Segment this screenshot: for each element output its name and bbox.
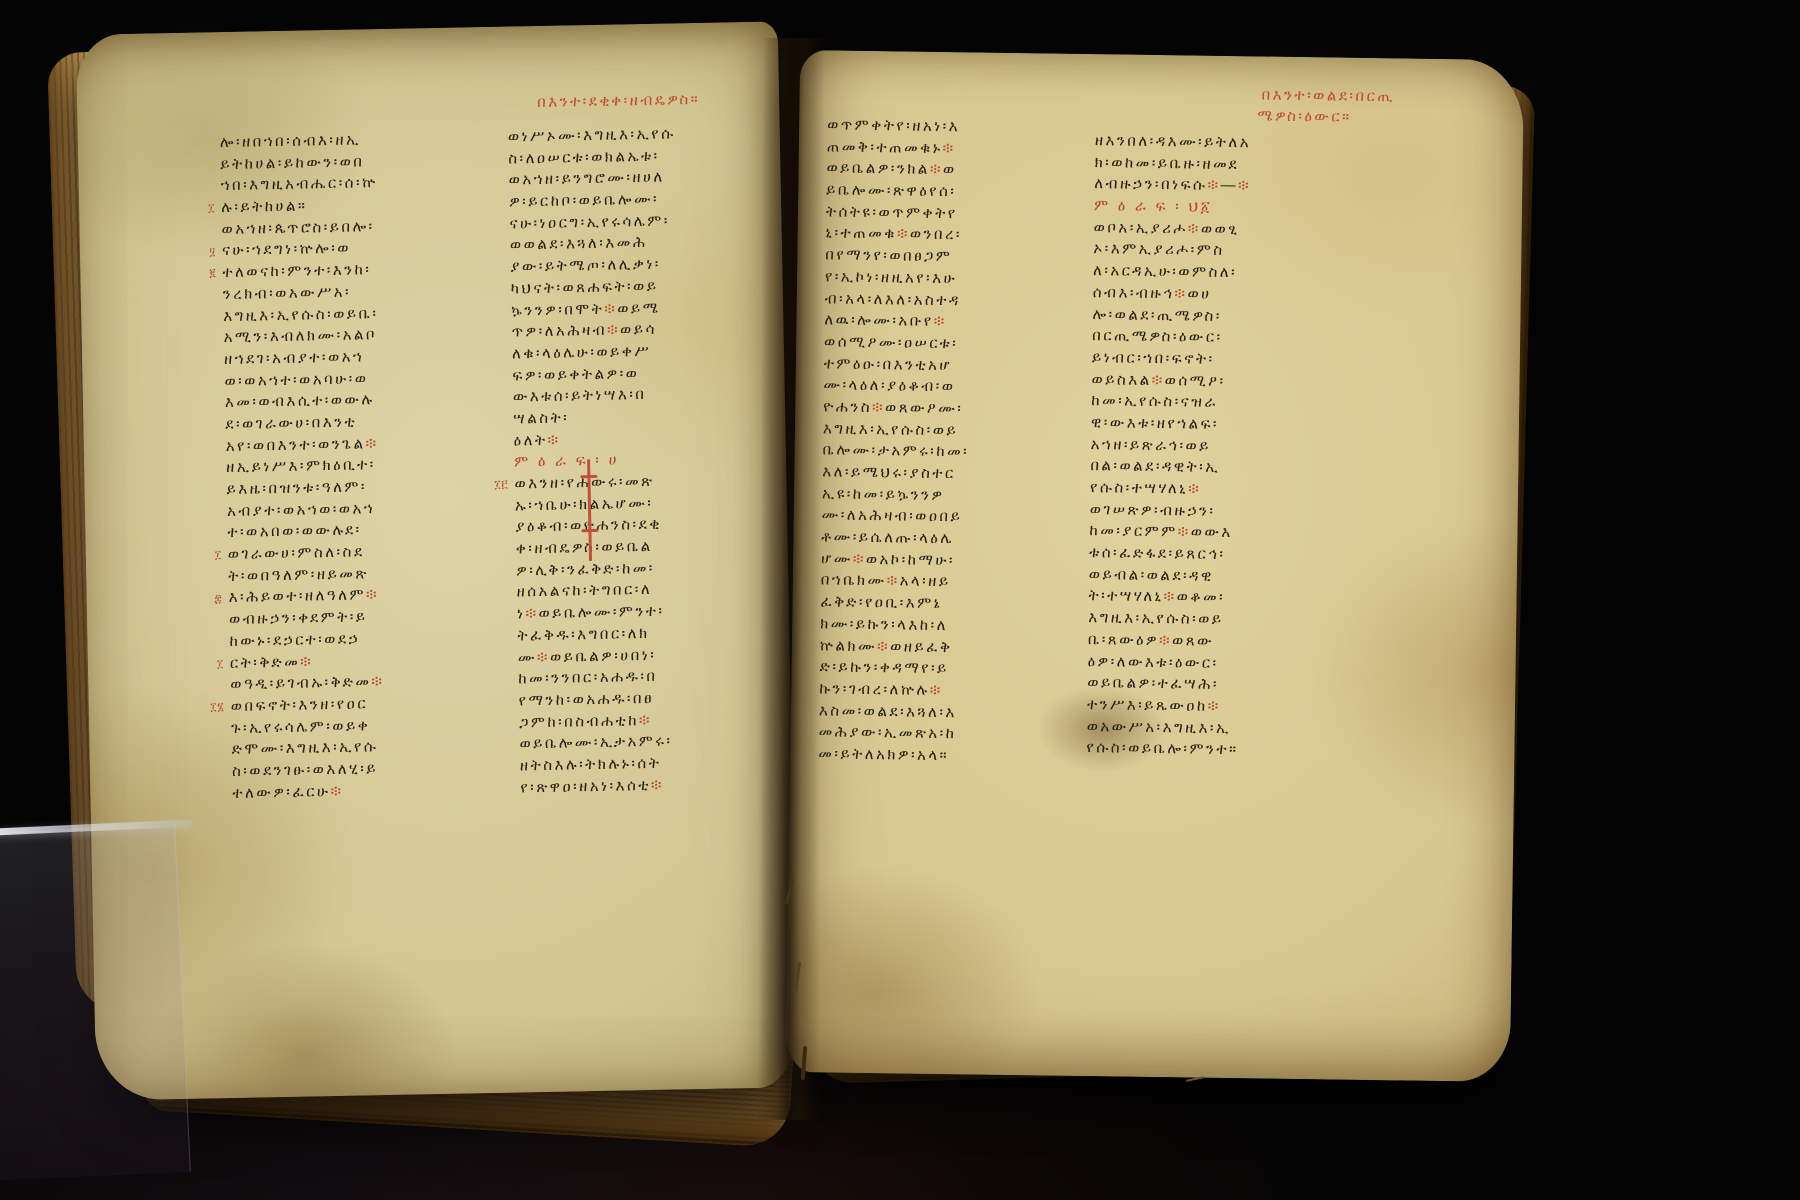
book-gutter-shadow xyxy=(757,38,825,1120)
right-page-column-3: ወጥምቀትየ፡ዘአነ፡እጠመቅ፡ተጠመቁኑ፨ወይቤልዎ፡ንክል፨ወይቤሎሙ፡ጽዋ… xyxy=(818,114,1099,768)
margin-numeral: ፲ xyxy=(190,544,222,566)
right-page-rubric-header-line1: በእንተ፡ወልደ፡በርጢ xyxy=(1261,84,1395,107)
text-line: ወሰሚዖሙ፡ዐሠርቱ፡ xyxy=(824,331,1096,356)
text-line: ክሙ፡ይኩን፡ላእከ፡ለ xyxy=(820,613,1092,638)
acrylic-cradle-panel xyxy=(0,824,191,1180)
text-line: የሱስ፡ወይቤሎ፡ምንተ። xyxy=(1086,737,1378,763)
manuscript-left-page: በእንተ፡ደቂቀ፡ዘብዴዎስ። ሎ፡ዘበኀበ፡ሰብእ፡ዘኢይትከሀል፡ይከውን፡… xyxy=(76,21,798,1100)
margin-numeral: ፰ xyxy=(190,588,222,610)
margin-numeral: ፲፮ xyxy=(193,696,225,718)
margin-numeral: ፶ xyxy=(184,241,216,263)
margin-numeral: ፲፫ xyxy=(476,474,508,496)
text-line: ተለውዎ፡ፈርሁ፨ xyxy=(232,777,520,804)
text-line: ኩን፡ገብረ፡ለኵሉ፨ xyxy=(819,678,1091,703)
margin-numeral: ፲ xyxy=(192,653,224,675)
text-line: መ፡ይትለአክዎ፡አላ። xyxy=(818,743,1090,768)
left-page-rubric-header: በእንተ፡ደቂቀ፡ዘብዴዎስ። xyxy=(537,89,700,113)
margin-numeral: ፪ xyxy=(184,262,216,284)
right-page-rubric-header-line2: ሜዎስ፡ዕውር። xyxy=(1257,105,1352,127)
right-page-column-4: ዘእንበለ፡ዳእሙ፡ይትለአክ፡ወከመ፡ይቤዙ፡ዘመደለብዙኃን፡በነፍሱ፨―፨… xyxy=(1086,130,1387,763)
text-line: የ፡ኢኮነ፡ዘዚአየ፡እሁ xyxy=(825,266,1097,291)
left-page-column-2: ወነሥኦሙ፡እግዚእ፡ኢየሱስ፡ለዐሠርቱ፡ወክልኤቱ፡ወአኀዘ፡ይንግሮሙ፡ዘ… xyxy=(508,121,801,799)
chapter-cross-ornament xyxy=(580,459,599,561)
left-page-column-1: ሎ፡ዘበኀበ፡ሰብእ፡ዘኢይትከሀል፡ይከውን፡ወበኀበ፡እግዚአብሔር፡ሰ፡ኵ… xyxy=(220,127,521,805)
margin-numeral: ፲ xyxy=(183,197,215,219)
manuscript-right-page: በእንተ፡ወልደ፡በርጢ ሜዎስ፡ዕውር። ወጥምቀትየ፡ዘአነ፡እጠመቅ፡ተጠ… xyxy=(786,50,1524,1082)
